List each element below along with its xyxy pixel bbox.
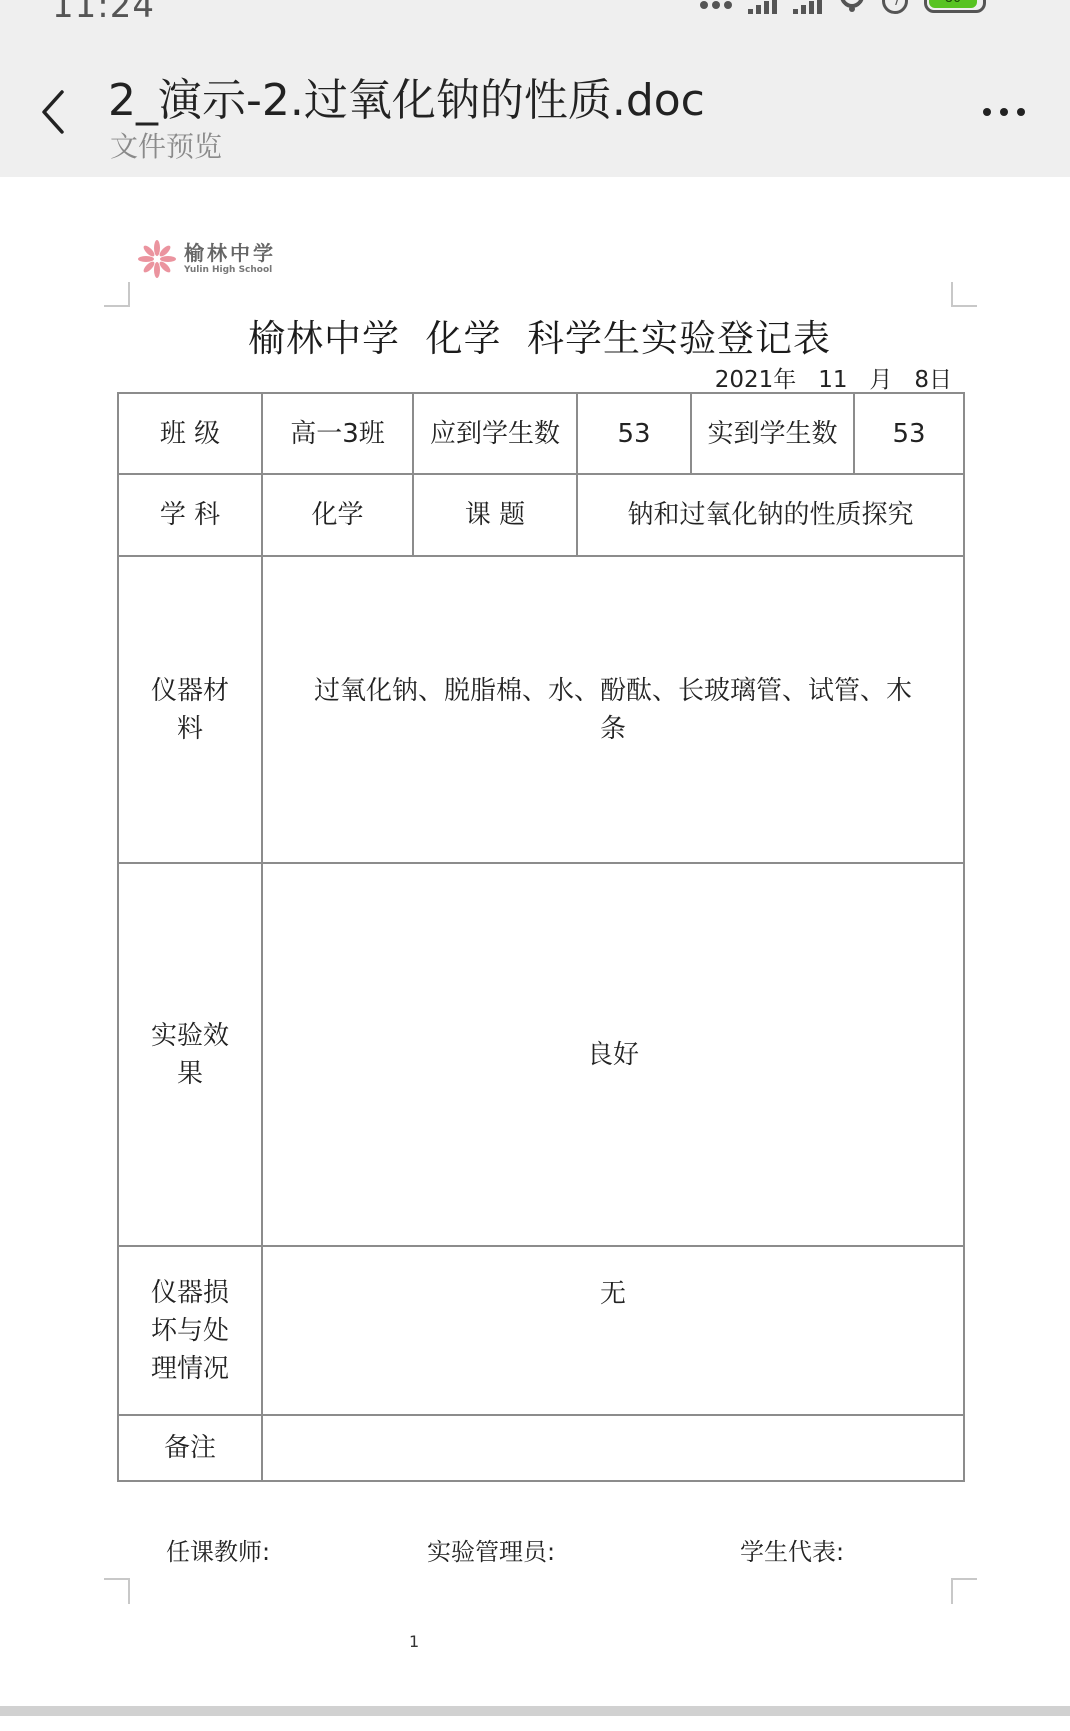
remarks-value	[262, 1415, 964, 1481]
form-title: 榆林中学 化学 科学生实验登记表	[117, 308, 962, 362]
class-value: 高一3班	[262, 393, 413, 474]
topic-label: 课 题	[413, 474, 577, 556]
actual-students-value: 53	[854, 393, 964, 474]
table-row: 班 级 高一3班 应到学生数 53 实到学生数 53	[118, 393, 964, 474]
materials-label-cell: 仪器材料	[118, 556, 262, 863]
expected-students-label: 应到学生数	[413, 393, 577, 474]
actual-students-label: 实到学生数	[691, 393, 854, 474]
registration-table: 班 级 高一3班 应到学生数 53 实到学生数 53 学 科 化学 课 题 钠和…	[117, 392, 965, 1482]
teacher-signature-label: 任课教师:	[166, 1532, 270, 1567]
topic-value: 钠和过氧化钠的性质探究	[577, 474, 964, 556]
wifi-icon	[838, 0, 866, 14]
result-label-cell: 实验效果	[118, 863, 262, 1246]
school-logo: 榆林中学 Yulin High School	[138, 240, 276, 278]
subject-value: 化学	[262, 474, 413, 556]
school-name-en: Yulin High School	[184, 264, 276, 276]
table-row: 学 科 化学 课 题 钠和过氧化钠的性质探究	[118, 474, 964, 556]
subject-label: 学 科	[118, 474, 262, 556]
document-subtitle: 文件预览	[110, 125, 222, 165]
more-dots-icon	[700, 1, 732, 9]
chevron-left-icon	[30, 86, 78, 138]
battery-icon: 80	[924, 0, 986, 13]
page-separator	[0, 1706, 1070, 1716]
signal-2-icon	[793, 0, 822, 14]
result-label: 实验效果	[150, 1017, 230, 1093]
materials-label: 仪器材料	[150, 672, 230, 748]
crop-mark-bottom-right	[951, 1578, 977, 1604]
table-row: 仪器损坏与处理情况 无	[118, 1246, 964, 1415]
crop-mark-bottom-left	[104, 1578, 130, 1604]
status-icons: ϟ 80	[700, 0, 986, 16]
school-logo-text: 榆林中学 Yulin High School	[184, 242, 276, 276]
form-date: 2021年 11 月 8日	[600, 361, 952, 394]
battery-level: 80	[929, 0, 977, 8]
charging-icon: ϟ	[882, 0, 908, 14]
more-horizontal-icon	[983, 108, 991, 116]
status-time: 11:24	[52, 0, 155, 26]
signal-1-icon	[748, 0, 777, 14]
expected-students-value: 53	[577, 393, 691, 474]
table-row: 仪器材料 过氧化钠、脱脂棉、水、酚酞、长玻璃管、试管、木条	[118, 556, 964, 863]
remarks-label: 备注	[118, 1415, 262, 1481]
lab-admin-signature-label: 实验管理员:	[427, 1532, 555, 1567]
back-button[interactable]	[30, 86, 78, 138]
class-label: 班 级	[118, 393, 262, 474]
materials-value: 过氧化钠、脱脂棉、水、酚酞、长玻璃管、试管、木条	[262, 556, 964, 863]
document-title: 2_演示-2.过氧化钠的性质.doc	[108, 64, 705, 128]
school-name-cn: 榆林中学	[184, 242, 276, 264]
table-row: 备注	[118, 1415, 964, 1481]
damage-label-cell: 仪器损坏与处理情况	[118, 1246, 262, 1415]
damage-value: 无	[262, 1246, 964, 1415]
result-value: 良好	[262, 863, 964, 1246]
crop-mark-top-right	[951, 282, 977, 307]
damage-label: 仪器损坏与处理情况	[145, 1274, 235, 1388]
page-number: 1	[409, 1632, 419, 1651]
student-rep-signature-label: 学生代表:	[740, 1532, 844, 1567]
crop-mark-top-left	[104, 282, 130, 307]
table-row: 实验效果 良好	[118, 863, 964, 1246]
school-logo-icon	[138, 240, 176, 278]
more-options-button[interactable]	[975, 100, 1033, 124]
